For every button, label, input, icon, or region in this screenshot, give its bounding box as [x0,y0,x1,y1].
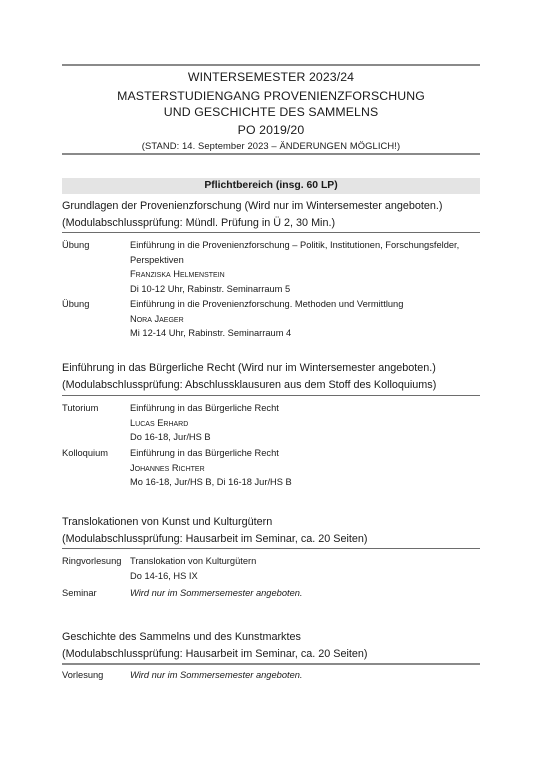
course-type: Übung [62,297,130,312]
regulation-version: PO 2019/20 [62,123,480,137]
module-exam: (Modulabschlussprüfung: Hausarbeit im Se… [62,646,480,663]
course-type: Kolloquium [62,446,130,461]
course-type: Vorlesung [62,668,130,683]
module-title: Einführung in das Bürgerliche Recht (Wir… [62,360,480,394]
course-title: Einführung in die Provenienzforschung – … [130,238,480,267]
course-lecturer: Lucas Erhard [130,416,480,431]
course-time: Mo 16-18, Jur/HS B, Di 16-18 Jur/HS B [130,475,480,490]
module-title: Geschichte des Sammelns und des Kunstmar… [62,629,480,663]
module-name: Einführung in das Bürgerliche Recht (Wir… [62,360,480,377]
header-bottom-rule [62,153,480,155]
course-time: Mi 12-14 Uhr, Rabinstr. Seminarraum 4 [130,326,480,341]
semester-title: WINTERSEMESTER 2023/24 [62,70,480,84]
course-title: Einführung in das Bürgerliche Recht [130,401,480,416]
header-top-rule [62,64,480,66]
program-title-line1: MASTERSTUDIENGANG PROVENIENZFORSCHUNG [62,89,480,103]
module-title: Grundlagen der Provenienzforschung (Wird… [62,198,480,232]
module-rule [62,548,480,549]
section-band-pflichtbereich: Pflichtbereich (insg. 60 LP) [62,178,480,194]
course-lecturer: Franziska Helmenstein [130,267,480,282]
module-exam: (Modulabschlussprüfung: Mündl. Prüfung i… [62,215,480,232]
module-exam: (Modulabschlussprüfung: Hausarbeit im Se… [62,531,480,548]
module-rule [62,395,480,396]
course-lecturer: Nora Jaeger [130,312,480,327]
module-name: Translokationen von Kunst und Kulturgüte… [62,514,480,531]
course-time: Di 10-12 Uhr, Rabinstr. Seminarraum 5 [130,282,480,297]
course-time: Do 14-16, HS IX [130,569,480,584]
course-lecturer: Johannes Richter [130,461,480,476]
module-exam: (Modulabschlussprüfung: Abschlussklausur… [62,377,480,394]
module-rule [62,663,480,665]
course-type: Tutorium [62,401,130,416]
program-title-line2: UND GESCHICHTE DES SAMMELNS [62,105,480,119]
course-title: Einführung in das Bürgerliche Recht [130,446,480,461]
course-type: Übung [62,238,130,253]
course-note: Wird nur im Sommersemester angeboten. [130,586,480,601]
course-note: Wird nur im Sommersemester angeboten. [130,668,480,683]
course-title: Einführung in die Provenienzforschung. M… [130,297,480,312]
module-rule [62,232,480,233]
course-time: Do 16-18, Jur/HS B [130,430,480,445]
module-name: Geschichte des Sammelns und des Kunstmar… [62,629,480,646]
module-name: Grundlagen der Provenienzforschung (Wird… [62,198,480,215]
status-note: (STAND: 14. September 2023 – ÄNDERUNGEN … [62,140,480,151]
course-type: Ringvorlesung [62,554,130,569]
course-title: Translokation von Kulturgütern [130,554,480,569]
module-title: Translokationen von Kunst und Kulturgüte… [62,514,480,548]
course-type: Seminar [62,586,130,601]
